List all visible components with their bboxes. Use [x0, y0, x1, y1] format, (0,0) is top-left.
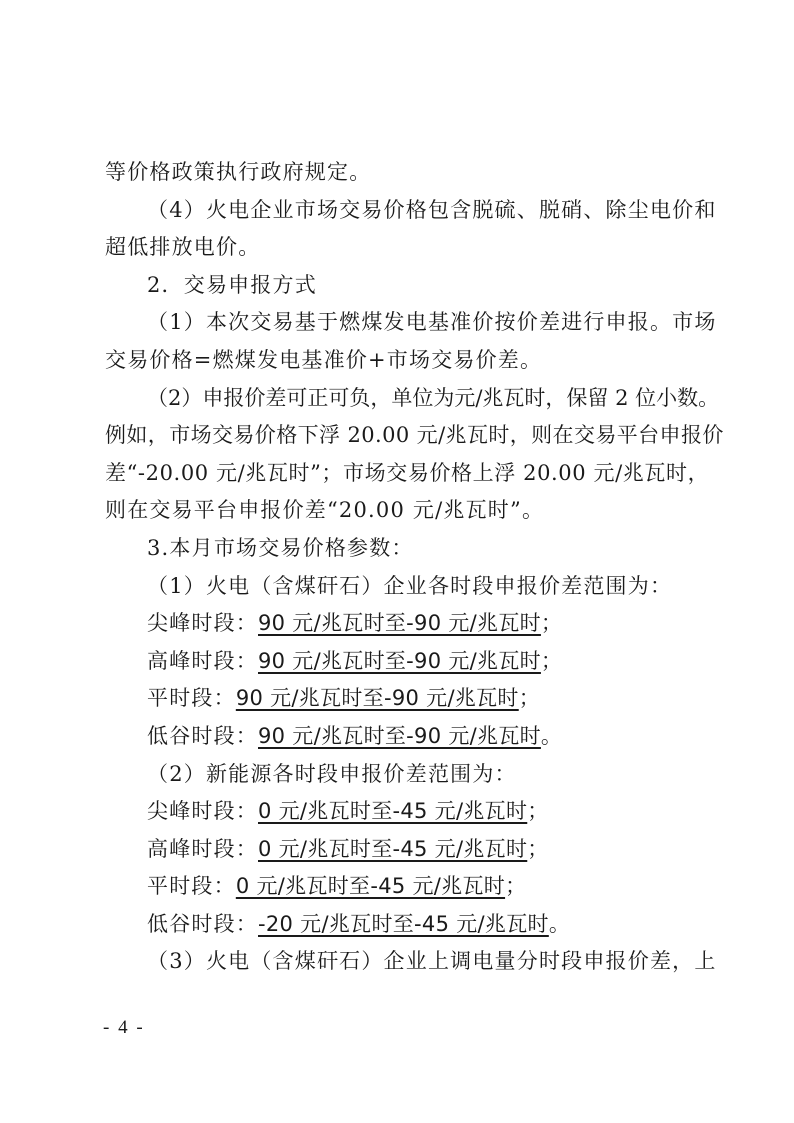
new-energy-range-valley: 低谷时段：-20 元/兆瓦时至-45 元/兆瓦时。: [105, 906, 697, 944]
subsection-heading: （1）火电（含煤矸石）企业各时段申报价差范围为：: [105, 568, 697, 606]
punctuation: ；: [519, 686, 541, 710]
range-value: 90 元/兆瓦时至-90 元/兆瓦时: [258, 724, 541, 748]
thermal-range-valley: 低谷时段：90 元/兆瓦时至-90 元/兆瓦时。: [105, 718, 697, 756]
range-value: 0 元/兆瓦时至-45 元/兆瓦时: [236, 874, 505, 898]
punctuation: ；: [505, 874, 527, 898]
new-energy-range-flat: 平时段：0 元/兆瓦时至-45 元/兆瓦时；: [105, 868, 697, 906]
paragraph-line: 差“-20.00 元/兆瓦时”；市场交易价格上浮 20.00 元/兆瓦时，: [105, 455, 697, 493]
new-energy-range-peak: 尖峰时段：0 元/兆瓦时至-45 元/兆瓦时；: [105, 793, 697, 831]
paragraph-line: 超低排放电价。: [105, 229, 697, 267]
period-label: 低谷时段：: [147, 724, 258, 748]
paragraph-line: （2）申报价差可正可负，单位为元/兆瓦时，保留 2 位小数。: [105, 380, 697, 418]
range-value: 90 元/兆瓦时至-90 元/兆瓦时: [258, 611, 541, 635]
punctuation: ；: [527, 837, 549, 861]
period-label: 平时段：: [147, 686, 236, 710]
punctuation: ；: [527, 799, 549, 823]
paragraph-line: 则在交易平台申报价差“20.00 元/兆瓦时”。: [105, 492, 697, 530]
period-label: 高峰时段：: [147, 649, 258, 673]
section-heading: 3.本月市场交易价格参数：: [105, 530, 697, 568]
thermal-range-high: 高峰时段：90 元/兆瓦时至-90 元/兆瓦时；: [105, 643, 697, 681]
paragraph-line: 交易价格=燃煤发电基准价+市场交易价差。: [105, 342, 697, 380]
range-value: 0 元/兆瓦时至-45 元/兆瓦时: [258, 799, 527, 823]
period-label: 平时段：: [147, 874, 236, 898]
period-label: 低谷时段：: [147, 912, 258, 936]
thermal-range-flat: 平时段：90 元/兆瓦时至-90 元/兆瓦时；: [105, 680, 697, 718]
paragraph-line: （3）火电（含煤矸石）企业上调电量分时段申报价差，上: [105, 943, 697, 981]
range-value: 90 元/兆瓦时至-90 元/兆瓦时: [258, 649, 541, 673]
section-heading: 2．交易申报方式: [105, 267, 697, 305]
subsection-heading: （2）新能源各时段申报价差范围为：: [105, 756, 697, 794]
new-energy-range-high: 高峰时段：0 元/兆瓦时至-45 元/兆瓦时；: [105, 831, 697, 869]
punctuation: 。: [541, 724, 563, 748]
range-value: 90 元/兆瓦时至-90 元/兆瓦时: [236, 686, 519, 710]
paragraph-line: （4）火电企业市场交易价格包含脱硫、脱硝、除尘电价和: [105, 192, 697, 230]
paragraph-line: 例如，市场交易价格下浮 20.00 元/兆瓦时，则在交易平台申报价: [105, 417, 697, 455]
document-page: 等价格政策执行政府规定。 （4）火电企业市场交易价格包含脱硫、脱硝、除尘电价和 …: [105, 154, 697, 981]
range-value: 0 元/兆瓦时至-45 元/兆瓦时: [258, 837, 527, 861]
paragraph-line: 等价格政策执行政府规定。: [105, 154, 697, 192]
period-label: 尖峰时段：: [147, 799, 258, 823]
range-value: -20 元/兆瓦时至-45 元/兆瓦时: [258, 912, 549, 936]
punctuation: ；: [541, 649, 563, 673]
page-number: - 4 -: [103, 1017, 145, 1039]
paragraph-line: （1）本次交易基于燃煤发电基准价按价差进行申报。市场: [105, 304, 697, 342]
punctuation: ；: [541, 611, 563, 635]
punctuation: 。: [549, 912, 571, 936]
thermal-range-peak: 尖峰时段：90 元/兆瓦时至-90 元/兆瓦时；: [105, 605, 697, 643]
period-label: 高峰时段：: [147, 837, 258, 861]
period-label: 尖峰时段：: [147, 611, 258, 635]
